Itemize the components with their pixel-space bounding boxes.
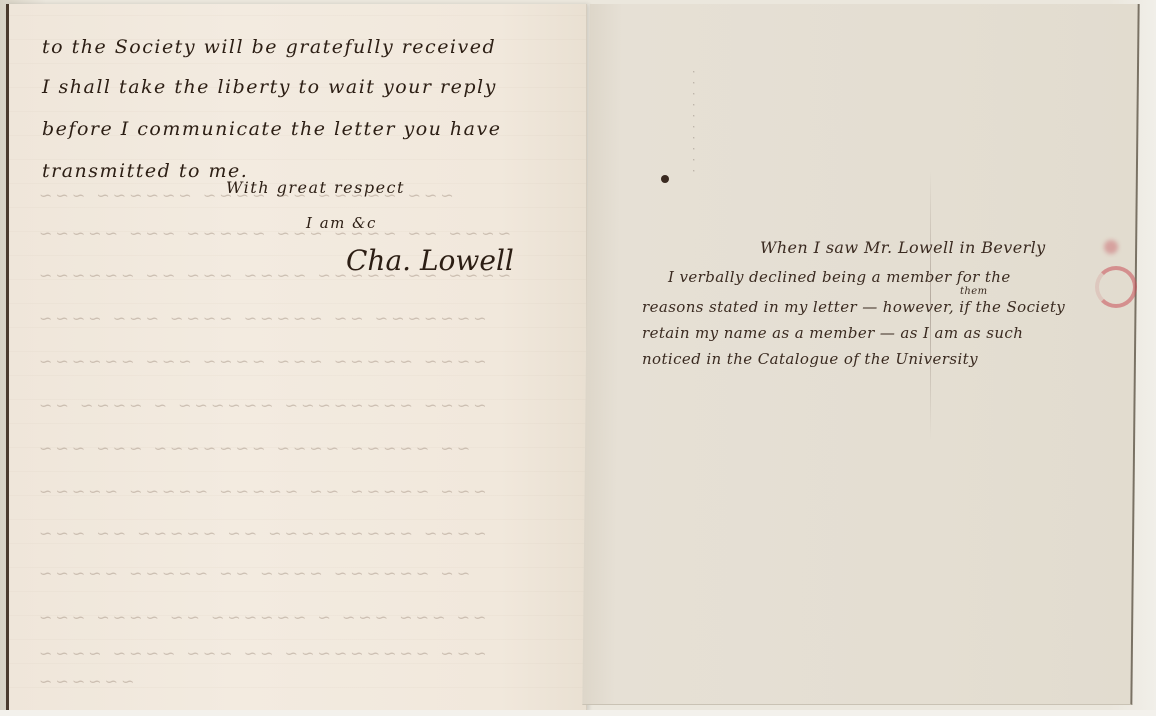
bleed-through-line: ~~~~ ~~~~~ ~~~ ~~~~ ~~~ ~~~~~~ bbox=[36, 352, 487, 366]
letter-line: transmitted to me. bbox=[42, 160, 248, 182]
note-line: noticed in the Catalogue of the Universi… bbox=[642, 350, 978, 368]
note-line: When I saw Mr. Lowell in Beverly bbox=[760, 238, 1046, 257]
bleed-through-line: ~~ ~~~ ~~~ ~ ~~~~~~ ~~ ~~~~ ~~~ bbox=[36, 608, 486, 622]
note-line: retain my name as a member — as I am as … bbox=[642, 324, 1023, 342]
letter-closing-2: I am &c bbox=[306, 214, 377, 232]
note-line: I verbally declined being a member for t… bbox=[668, 268, 1011, 286]
bleed-through-line: ~~~~ ~~~~~~~~ ~~~~~~ ~ ~~~~ ~~ bbox=[36, 396, 487, 410]
letter-line: I shall take the liberty to wait your re… bbox=[42, 76, 497, 98]
bleed-through-line: ~~~~~~~ ~~ ~~~~~ ~~~~ ~~~ ~~~~ bbox=[36, 309, 487, 323]
bleed-through-line: ~~~~~~ bbox=[36, 672, 134, 686]
scan-bottom-edge bbox=[0, 710, 1156, 716]
wax-seal-fragment bbox=[1104, 240, 1118, 254]
bleed-through-line: ~~~ ~~~~~ ~~ ~~~~~ ~~~~~ ~~~~~ bbox=[36, 482, 487, 496]
signature: Cha. Lowell bbox=[346, 244, 514, 277]
ink-blot bbox=[661, 175, 669, 183]
bleed-through-line: ~~~~ ~~ ~~~~ ~~~ ~~~~~ ~~~ ~~~~~ bbox=[36, 224, 511, 238]
letter-line: before I communicate the letter you have bbox=[42, 118, 501, 140]
letter-closing: With great respect bbox=[226, 178, 405, 197]
bleed-through-line: ~~ ~~~~~ ~~~~ ~~~~~~~ ~~~ ~~~ bbox=[36, 439, 470, 453]
interlinear-insertion: them bbox=[960, 286, 987, 297]
bleed-through-line: ~~~~ ~~~~~~~~~ ~~ ~~~~~ ~~ ~~~ bbox=[36, 524, 487, 538]
note-line: reasons stated in my letter — however, i… bbox=[642, 298, 1065, 316]
bleed-through-line: ~~~ ~~~~~~~~~ ~~ ~~~ ~~~~ ~~~~ bbox=[36, 644, 487, 658]
left-page: ~~~ ~~~~~ ~~ ~~~~ ~~~~~~ ~~~ ~~~~ ~~ ~~~… bbox=[6, 4, 587, 712]
vertical-docket: · · · · · · · · · · bbox=[640, 70, 700, 260]
letter-line: to the Society will be gratefully receiv… bbox=[42, 36, 496, 58]
wax-seal bbox=[1095, 266, 1137, 308]
bleed-through-line: ~~ ~~~~~~ ~~~~ ~~ ~~~~~ ~~~~~ bbox=[36, 564, 470, 578]
